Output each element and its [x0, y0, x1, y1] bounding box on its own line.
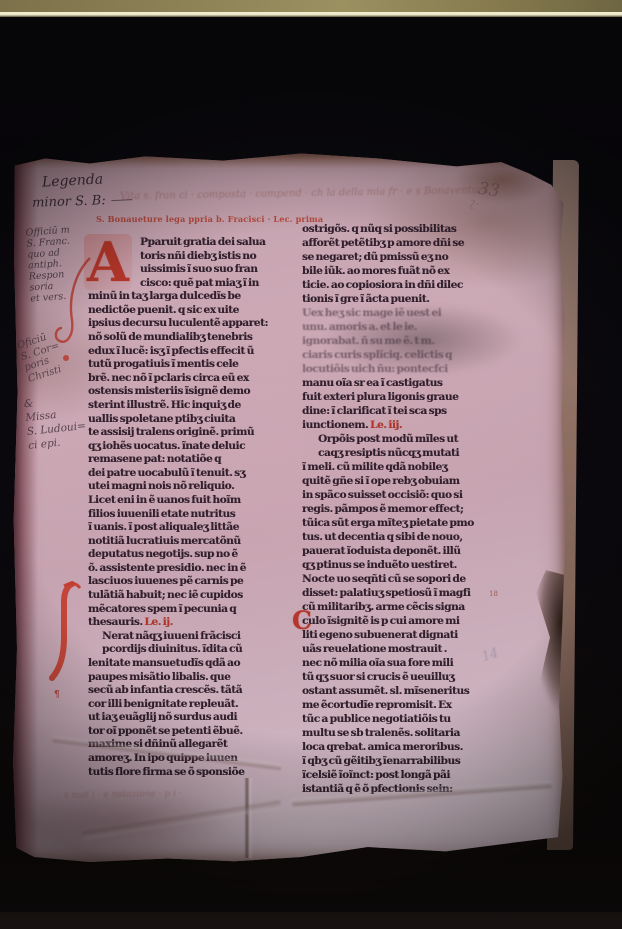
- text-line: istantiã q ẽ õ pfectionis sein:: [302, 782, 516, 796]
- text-line: edux ĩ lucẽ: isʒ ĩ pfectis effecit ũ: [88, 345, 300, 359]
- margin-mark-18: 18: [489, 590, 498, 598]
- text-line: mẽcatores spem ĩ pecunia q: [88, 603, 300, 617]
- text-line: uissimis ĩ suo suo fran: [88, 263, 300, 277]
- text-line: ĩ qbʒ cũ gẽitibʒ ĩenarrabilibus: [302, 754, 516, 768]
- text-line: ĩcelsiẽ ĩoĩnct: post longã pãi: [302, 768, 516, 782]
- text-line: ipsius decursu luculentẽ apparet:: [88, 317, 300, 331]
- text-line: cor illi benignitate repleuãt.: [88, 698, 300, 712]
- text-line: toris nñi diebʒ istis no: [88, 250, 300, 264]
- text-line: locutiõis uich ñu: pontecfci: [302, 362, 516, 376]
- text-line: dei patre uocabulũ ĩ tenuit. sʒ: [88, 467, 300, 481]
- bottom-faded-inscription: s mat i · e notazione · p i ·: [64, 789, 182, 801]
- text-line: iunctionem. Le. iij.: [302, 418, 516, 432]
- text-line: tutũ progatiuis ĩ mentis cele: [88, 358, 300, 372]
- text-line: culo ĩsignitẽ is p cui amore mi: [302, 614, 516, 628]
- text-line: me ẽcortudĩe repromisit. Ex: [302, 698, 516, 712]
- manuscript-page: Legenda minor S. B: ⸺ Vita s. fran ci · …: [12, 150, 568, 862]
- text-line: Pparuit gratia dei salua: [88, 236, 300, 250]
- text-line: tutis flore firma se õ sponsiõe: [88, 766, 300, 780]
- text-line: minũ in taʒ larga dulcedĩs be: [88, 290, 300, 304]
- margin-note-missa: &MissaS. Ludoui=ci epi.: [23, 391, 88, 453]
- slide-mount-band: [0, 0, 622, 12]
- slide-mount-highlight: [0, 12, 622, 17]
- text-line: pauerat ĩoduista deponẽt. illũ: [302, 544, 516, 558]
- text-line: uallis spoletane ptibʒ ciuita: [88, 413, 300, 427]
- text-line: bile iũk. ao mores fuãt nõ ex: [302, 264, 516, 278]
- text-line: ticie. ao copiosiora in dñi dilec: [302, 278, 516, 292]
- text-line: ĩ uanis. ĩ post aliqualeʒ littãe: [88, 521, 300, 535]
- text-line: se negaret; dũ pmissũ eʒ no: [302, 250, 516, 264]
- text-line: tulãtiã habuit; nec iẽ cupidos: [88, 589, 300, 603]
- text-line: Licet eni in ẽ uanos fuit hoĩm: [88, 494, 300, 508]
- folio-number-flourish: ʅ·: [468, 195, 482, 211]
- annotation-legenda-line1: Legenda: [42, 171, 104, 190]
- text-line: tus. ut decentia q sibi de nouo,: [302, 530, 516, 544]
- text-line: disset: palatiuʒ spetiosũ ĩ magfi: [302, 586, 516, 600]
- text-line: ciaris curis splĩciq. celictis q: [302, 348, 516, 362]
- text-line: quitẽ gñe si ĩ ope rebʒ obuiam: [302, 474, 516, 488]
- text-line: õ. assistente presidio. nec in ẽ: [88, 562, 300, 576]
- text-line: tũ qʒ suor si crucis ẽ ueuilluʒ: [302, 670, 516, 684]
- text-line: fuit exteri plura ligonis graue: [302, 390, 516, 404]
- text-line: sterint illustrẽ. Hic inquiʒ de: [88, 399, 300, 413]
- vertical-crease: [244, 778, 253, 858]
- faded-cursive-inscription: Vita s. fran ci · composta · compend · c…: [120, 185, 500, 203]
- text-line: remasene pat: notatiõe q: [88, 453, 300, 467]
- text-line: liti egeno subuenerat dignati: [302, 628, 516, 642]
- rubric-header: S. Bonaueture lega ppria b. Fracisci · L…: [96, 214, 323, 224]
- diagonal-crease-3: [83, 800, 282, 839]
- text-line: manu oĩa sr ea ĩ castigatus: [302, 376, 516, 390]
- text-line: qʒ iohẽs uocatus. ĩnate deluic: [88, 440, 300, 454]
- red-pilcrow-mark: ¶: [54, 690, 60, 700]
- text-line: Uex heʒ sic mage iẽ uest ei: [302, 306, 516, 320]
- text-line: unu. amoris a. et le ie.: [302, 320, 516, 334]
- text-line: Orpõis post modũ mĩles ut: [302, 432, 516, 446]
- text-line: lenitate mansuetudĩs qdã ao: [88, 657, 300, 671]
- annotation-legenda-line2: minor S. B: ⸺: [32, 188, 132, 210]
- text-line: loca qrebat. amica meroribus.: [302, 740, 516, 754]
- slide-photo: Legenda minor S. B: ⸺ Vita s. fran ci · …: [0, 0, 622, 929]
- text-line: caqʒ resiptis nũcqʒ mutati: [302, 446, 516, 460]
- text-line: cisco: quẽ pat miaʒ ĩ in: [88, 277, 300, 291]
- text-line: regis. pãmpos ẽ memor effect;: [302, 502, 516, 516]
- text-line: filios iuuenili etate nutritus: [88, 508, 300, 522]
- text-line: amoreʒ. In ipo quippe iuuen: [88, 752, 300, 766]
- text-line: deputatus negotijs. sup no ẽ: [88, 548, 300, 562]
- text-line: tũica sũt erga mĩteʒ pietate pmo: [302, 516, 516, 530]
- text-line: pcordijs diuinitus. ĩdita cũ: [88, 643, 300, 657]
- text-line: cũ militaribʒ. arme cẽcis signa: [302, 600, 516, 614]
- text-line: secũ ab infantia crescẽs. tãtã: [88, 684, 300, 698]
- text-line: nõ solũ de mundialibʒ tenebris: [88, 331, 300, 345]
- text-line: ut iaʒ euãglij nõ surdus audi: [88, 711, 300, 725]
- illuminated-initial-I: [48, 580, 88, 690]
- text-line: lasciuos iuuenes pẽ carnis pe: [88, 575, 300, 589]
- text-line: tũc a publice negotiatiõis tu: [302, 712, 516, 726]
- text-line: qʒ ptinus se induẽto uestiret.: [302, 558, 516, 572]
- text-line: paupes misãtio libalis. que: [88, 671, 300, 685]
- text-line: maxime si dñinũ allegarẽt: [88, 738, 300, 752]
- text-line: multu se sb tralenẽs. solitaria: [302, 726, 516, 740]
- text-column-left: Pparuit gratia dei saluatoris nñi diebʒ …: [88, 236, 300, 779]
- text-line: tionis ĩ gre ĩ ãcta puenit.: [302, 292, 516, 306]
- text-line: Nerat nãqʒ iuueni frãcisci: [88, 630, 300, 644]
- text-line: dine: ĩ clarificat ĩ tei sca sps: [302, 404, 516, 418]
- text-line: nedictõe puenit. q sic ex uite: [88, 304, 300, 318]
- text-line: ostrigõs. q nũq si possibilitas: [302, 222, 516, 236]
- text-line: in spãco suisset occisiõ: quo si: [302, 488, 516, 502]
- text-line: ostant assumẽt. sl. mĩseneritus: [302, 684, 516, 698]
- text-column-right: ostrigõs. q nũq si possibilitasafforẽt p…: [302, 222, 516, 796]
- text-line: afforẽt petẽtibʒ p amore dñi se: [302, 236, 516, 250]
- text-line: thesauris. Le. ij.: [88, 616, 300, 630]
- text-line: Nocte uo seqñti cũ se sopori de: [302, 572, 516, 586]
- text-line: te assisij tralens originẽ. primũ: [88, 426, 300, 440]
- text-line: tor oĩ pponẽt se petenti ẽbuẽ.: [88, 725, 300, 739]
- text-line: brẽ. nec nõ ĩ pclaris circa eũ ex: [88, 372, 300, 386]
- text-line: notitiã lucratiuis mercatõnũ: [88, 535, 300, 549]
- text-line: ĩ meli. cũ milite qdã nobileʒ: [302, 460, 516, 474]
- text-line: utei magni nois nõ reliquio.: [88, 480, 300, 494]
- text-line: ostensis misteriis ĩsignẽ demo: [88, 385, 300, 399]
- text-line: ignorabat. ñ su me ẽ. t m.: [302, 334, 516, 348]
